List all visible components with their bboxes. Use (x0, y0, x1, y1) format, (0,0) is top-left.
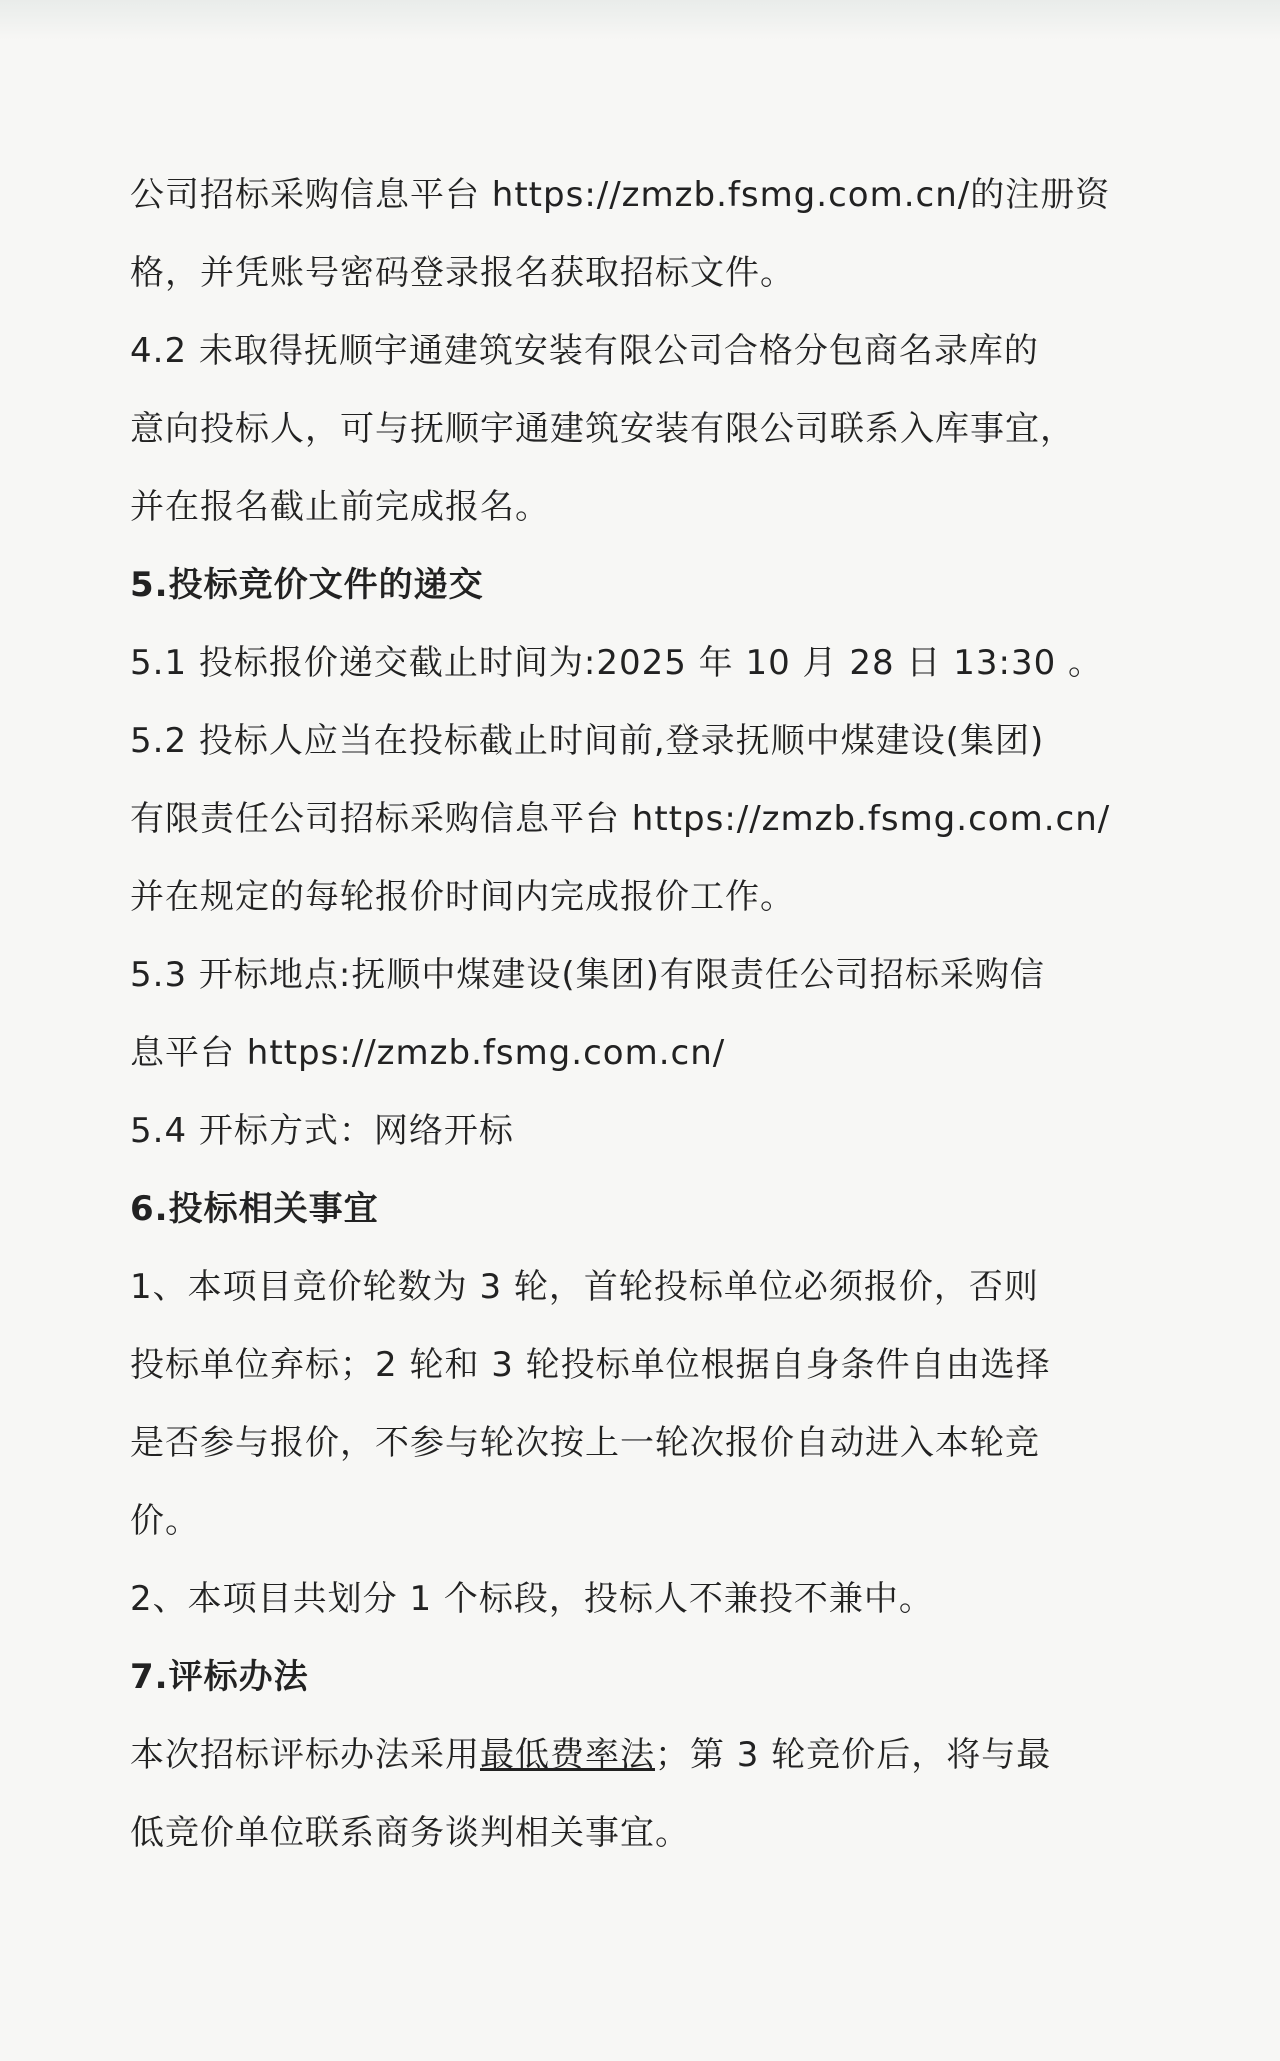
text-line: 格，并凭账号密码登录报名获取招标文件。 (130, 243, 1130, 321)
text-line: 低竞价单位联系商务谈判相关事宜。 (130, 1803, 1130, 1881)
text-line: 并在报名截止前完成报名。 (130, 477, 1130, 555)
text-line: 意向投标人，可与抚顺宇通建筑安装有限公司联系入库事宜， (130, 399, 1130, 477)
text-line: 4.2 未取得抚顺宇通建筑安装有限公司合格分包商名录库的 (130, 321, 1130, 399)
document-page: 公司招标采购信息平台 https://zmzb.fsmg.com.cn/的注册资… (130, 165, 1130, 1881)
text-line: 5.1 投标报价递交截止时间为:2025 年 10 月 28 日 13:30 。 (130, 633, 1130, 711)
text-span: 本次招标评标办法采用 (130, 1735, 480, 1775)
text-line: 有限责任公司招标采购信息平台 https://zmzb.fsmg.com.cn/ (130, 789, 1130, 867)
photo-edge-shade (0, 0, 1280, 40)
section-heading: 5.投标竞价文件的递交 (130, 555, 1130, 633)
eval-method-line: 本次招标评标办法采用最低费率法；第 3 轮竞价后，将与最 (130, 1725, 1130, 1803)
text-span: ；第 3 轮竞价后，将与最 (655, 1735, 1051, 1775)
text-line: 公司招标采购信息平台 https://zmzb.fsmg.com.cn/的注册资 (130, 165, 1130, 243)
text-line: 5.3 开标地点:抚顺中煤建设(集团)有限责任公司招标采购信 (130, 945, 1130, 1023)
underlined-method: 最低费率法 (480, 1735, 655, 1775)
section-heading: 6.投标相关事宜 (130, 1179, 1130, 1257)
text-line: 投标单位弃标；2 轮和 3 轮投标单位根据自身条件自由选择 (130, 1335, 1130, 1413)
text-line: 息平台 https://zmzb.fsmg.com.cn/ (130, 1023, 1130, 1101)
text-line: 价。 (130, 1491, 1130, 1569)
text-line: 5.4 开标方式：网络开标 (130, 1101, 1130, 1179)
section-heading: 7.评标办法 (130, 1647, 1130, 1725)
text-line: 是否参与报价，不参与轮次按上一轮次报价自动进入本轮竞 (130, 1413, 1130, 1491)
text-line: 1、本项目竞价轮数为 3 轮，首轮投标单位必须报价，否则 (130, 1257, 1130, 1335)
text-line: 5.2 投标人应当在投标截止时间前,登录抚顺中煤建设(集团) (130, 711, 1130, 789)
text-line: 2、本项目共划分 1 个标段，投标人不兼投不兼中。 (130, 1569, 1130, 1647)
text-line: 并在规定的每轮报价时间内完成报价工作。 (130, 867, 1130, 945)
